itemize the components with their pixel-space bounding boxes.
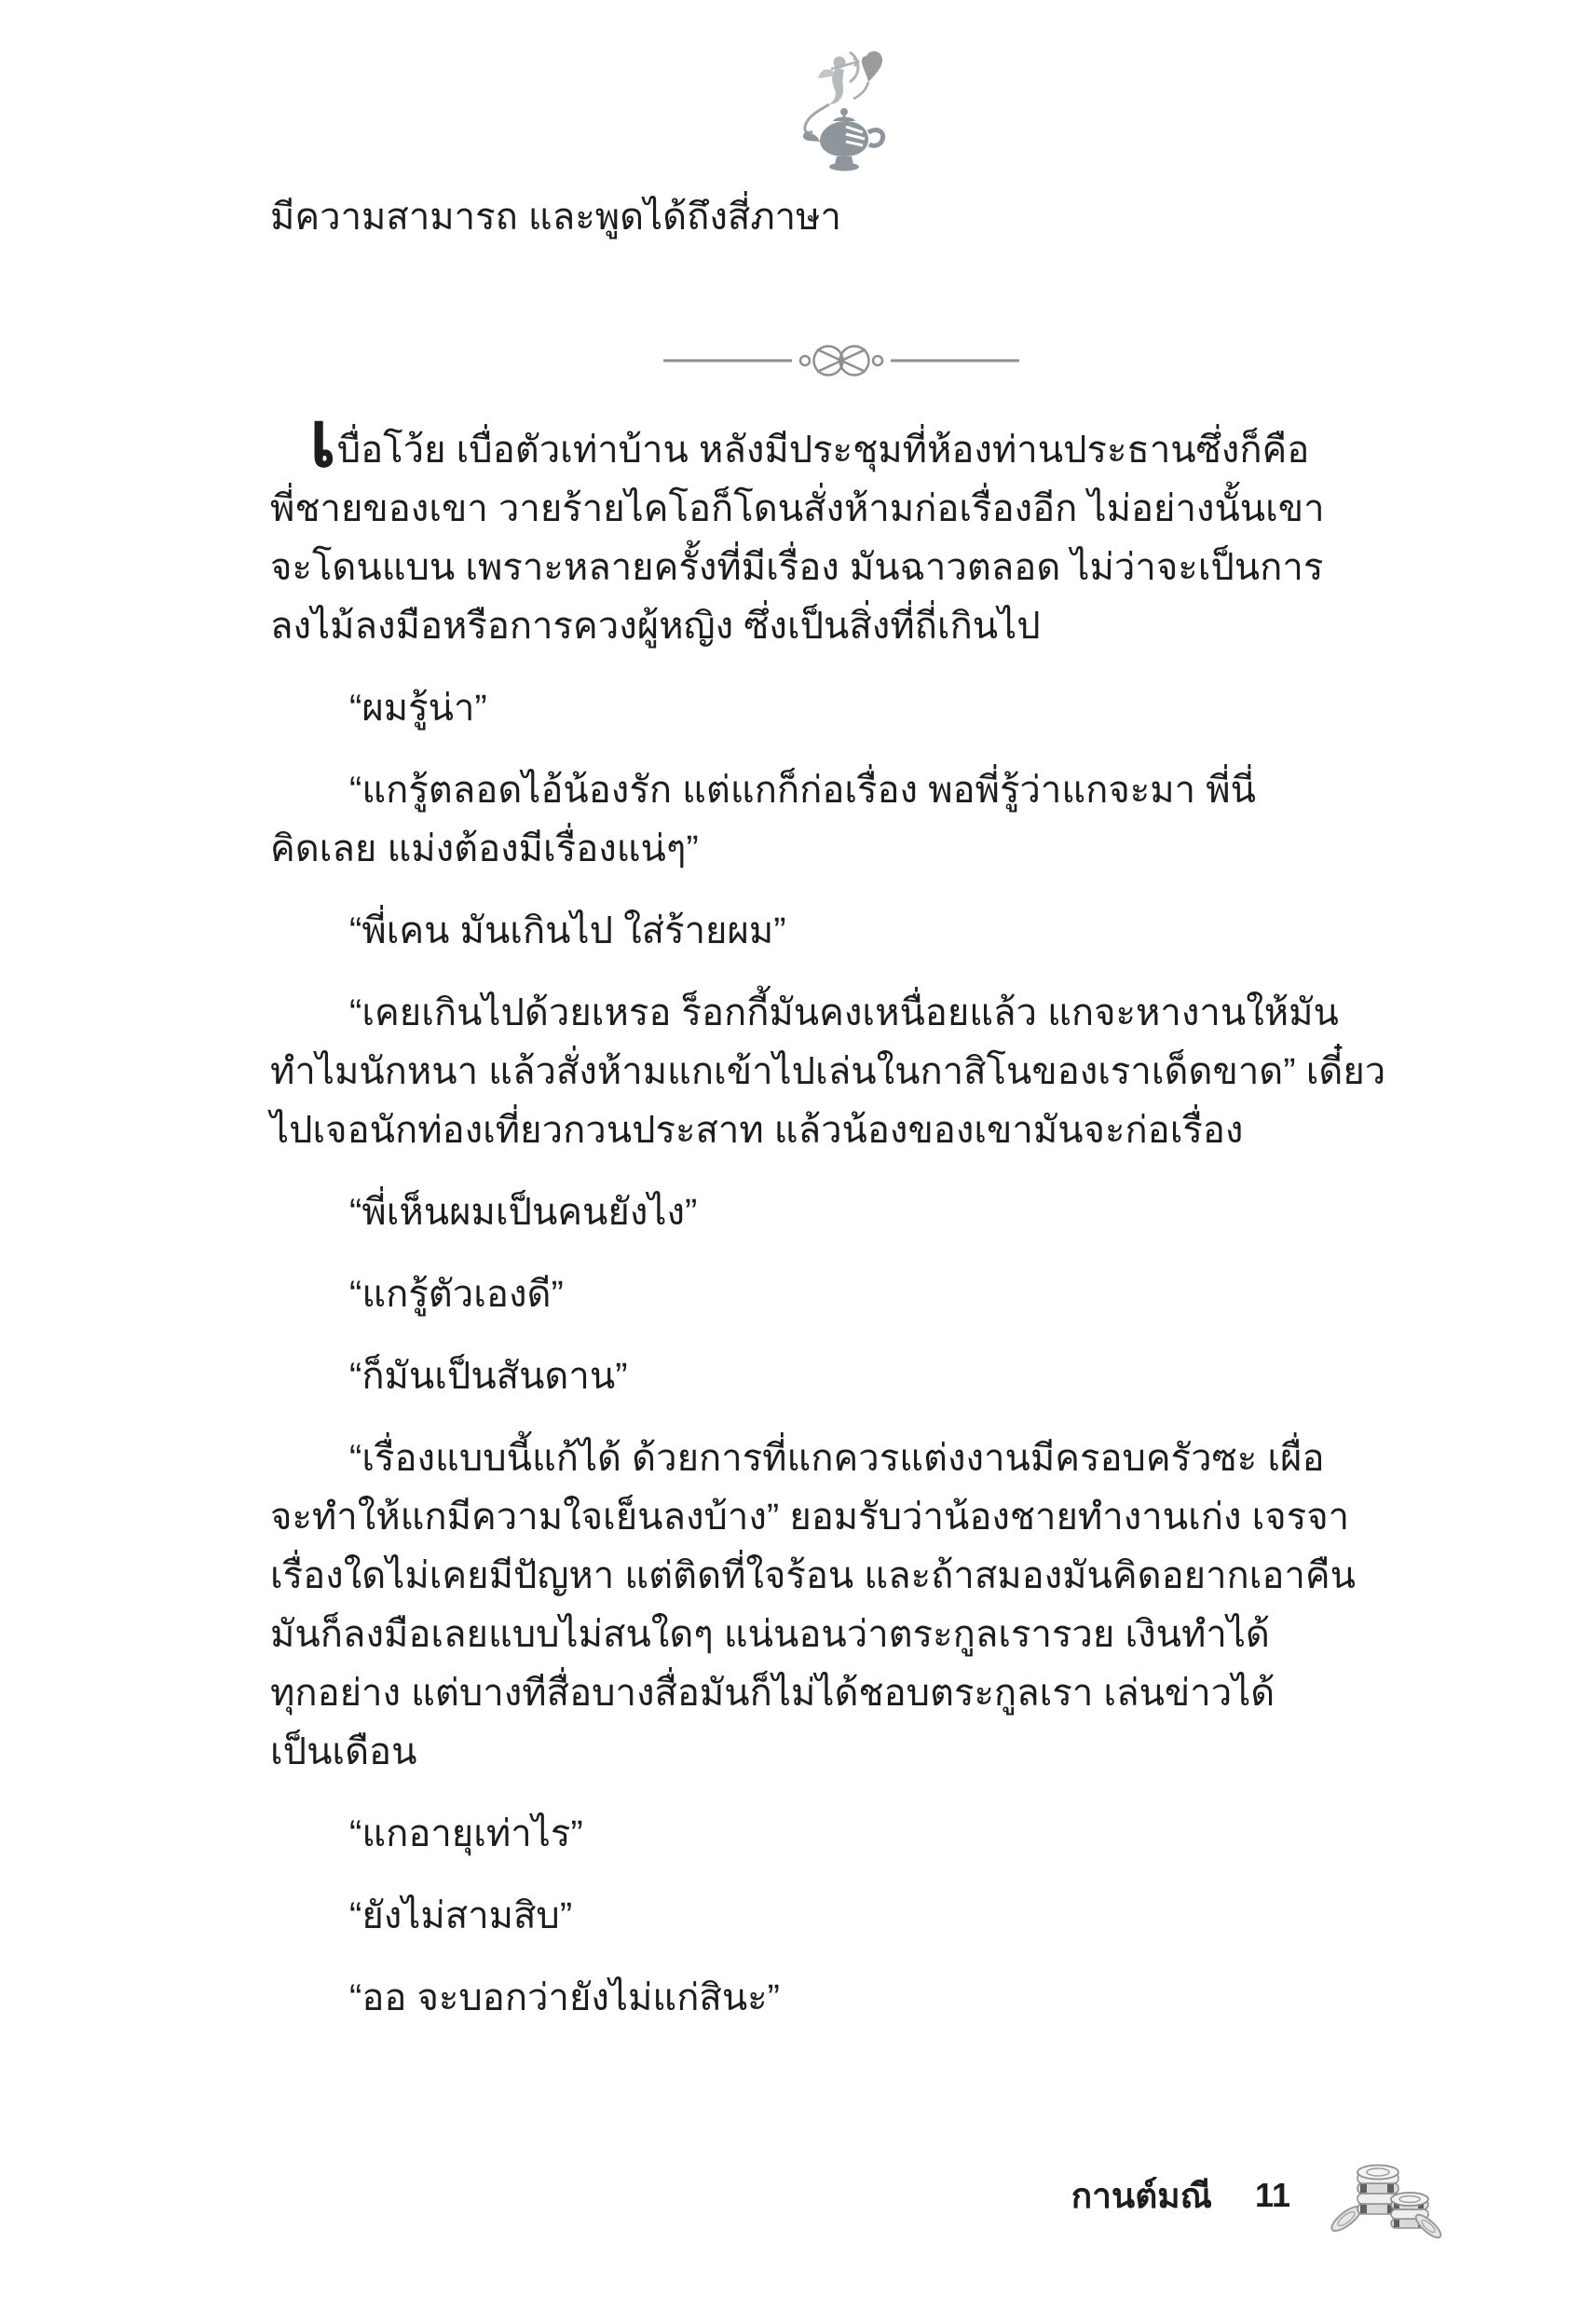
text-line: “พี่เคน มันเกินไป ใส่ร้ายผม” <box>270 902 1414 961</box>
text-line: “เคยเกินไปด้วยเหรอ ร็อกกี้มันคงเหนื่อยแล… <box>270 984 1414 1043</box>
dialog-paragraph: “ออ จะบอกว่ายังไม่แก่สินะ” <box>270 1969 1414 2028</box>
opening-paragraph: เบื่อโว้ย เบื่อตัวเท่าบ้าน หลังมีประชุมท… <box>270 421 1414 656</box>
dialog-paragraph: “แกรู้ตัวเองดี” <box>270 1265 1414 1324</box>
dialog-paragraph: “พี่เห็นผมเป็นคนยังไง” <box>270 1183 1414 1242</box>
text-line: “ยังไม่สามสิบ” <box>270 1887 1414 1946</box>
divider-svg <box>663 339 1019 382</box>
text-line: เป็นเดือน <box>270 1723 1414 1782</box>
text-line: ไปเจอนักท่องเที่ยวกวนประสาท แล้วน้องของเ… <box>270 1101 1414 1160</box>
body-text: เบื่อโว้ย เบื่อตัวเท่าบ้าน หลังมีประชุมท… <box>270 421 1414 2028</box>
text-line: คิดเลย แม่งต้องมีเรื่องแน่ๆ” <box>270 820 1414 879</box>
dialog-paragraph: “แกอายุเท่าไร” <box>270 1805 1414 1864</box>
dialog-paragraph: “เคยเกินไปด้วยเหรอ ร็อกกี้มันคงเหนื่อยแล… <box>270 984 1414 1160</box>
text-line: จะโดนแบน เพราะหลายครั้งที่มีเรื่อง มันฉา… <box>270 539 1414 597</box>
text-line: “เรื่องแบบนี้แก้ได้ ด้วยการที่แกควรแต่งง… <box>270 1429 1414 1488</box>
text-line: “ก็มันเป็นสันดาน” <box>270 1347 1414 1406</box>
text-line: “พี่เห็นผมเป็นคนยังไง” <box>270 1183 1414 1242</box>
drop-cap: เ <box>309 395 337 483</box>
text-line: มันก็ลงมือเลยแบบไม่สนใดๆ แน่นอนว่าตระกูล… <box>270 1606 1414 1664</box>
text-line: ทำไมนักหนา แล้วสั่งห้ามแกเข้าไปเล่นในกาส… <box>270 1043 1414 1101</box>
text-line: “ผมรู้น่า” <box>270 679 1414 738</box>
text-line: จะทำให้แกมีความใจเย็นลงบ้าง” ยอมรับว่าน้… <box>270 1488 1414 1547</box>
page-number: 11 <box>1255 2176 1290 2215</box>
page-header-text: มีความสามารถ และพูดได้ถึงสี่ภาษา <box>270 188 1414 247</box>
dialog-paragraph: “ผมรู้น่า” <box>270 679 1414 738</box>
dialog-paragraph: “ก็มันเป็นสันดาน” <box>270 1347 1414 1406</box>
dialog-paragraph: “เรื่องแบบนี้แก้ได้ ด้วยการที่แกควรแต่งง… <box>270 1429 1414 1782</box>
text-line: เรื่องใดไม่เคยมีปัญหา แต่ติดที่ใจร้อน แล… <box>270 1547 1414 1606</box>
text-line: ทุกอย่าง แต่บางทีสื่อบางสื่อมันก็ไม่ได้ช… <box>270 1664 1414 1723</box>
page-footer: กานต์มณี 11 <box>1071 2149 1443 2242</box>
text-line: “แกรู้ตลอดไอ้น้องรัก แต่แกก็ก่อเรื่อง พอ… <box>270 761 1414 820</box>
text-line: “แกรู้ตัวเองดี” <box>270 1265 1414 1324</box>
section-divider-ornament <box>663 339 1019 382</box>
casino-chips-svg <box>1326 2150 1443 2241</box>
cupid-lamp-ornament-svg <box>792 47 889 173</box>
casino-chips-image <box>1326 2150 1443 2241</box>
text-line: ลงไม้ลงมือหรือการควงผู้หญิง ซึ่งเป็นสิ่ง… <box>270 597 1414 656</box>
dialog-paragraph: “แกรู้ตลอดไอ้น้องรัก แต่แกก็ก่อเรื่อง พอ… <box>270 761 1414 879</box>
text-line: เบื่อโว้ย เบื่อตัวเท่าบ้าน หลังมีประชุมท… <box>270 421 1414 480</box>
text-line: พี่ชายของเขา วายร้ายไคโอก็โดนสั่งห้ามก่อ… <box>270 480 1414 539</box>
text-line: “แกอายุเท่าไร” <box>270 1805 1414 1864</box>
dialog-paragraph: “ยังไม่สามสิบ” <box>270 1887 1414 1946</box>
dialog-paragraph: “พี่เคน มันเกินไป ใส่ร้ายผม” <box>270 902 1414 961</box>
text-line: “ออ จะบอกว่ายังไม่แก่สินะ” <box>270 1969 1414 2028</box>
book-page: มีความสามารถ และพูดได้ถึงสี่ภาษา เบื่อโว… <box>0 0 1596 2311</box>
cupid-lamp-ornament <box>792 47 889 173</box>
book-title: กานต์มณี <box>1071 2168 1212 2223</box>
